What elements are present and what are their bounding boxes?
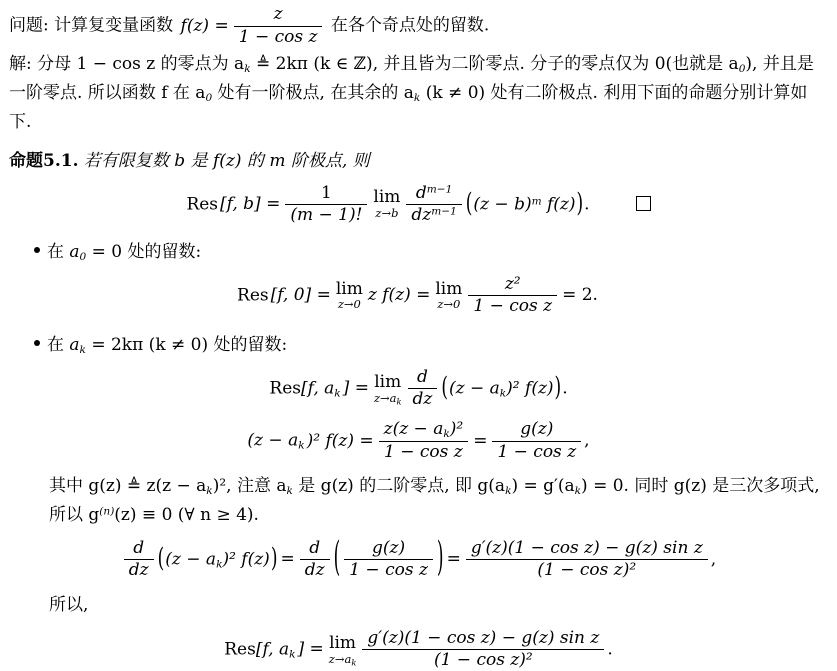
fraction-numerator: 1 xyxy=(285,184,367,205)
formula-argument: )² f(z) xyxy=(222,549,269,569)
paragraph-text: 是 g(z) 的二阶零点, 即 g(a xyxy=(293,476,505,496)
fraction: g(z)1 − cos z xyxy=(344,539,433,581)
big-left-paren: ( xyxy=(334,535,341,585)
problem-fraction: z1 − cos z xyxy=(234,5,323,47)
fraction-denominator: (m − 1)! xyxy=(285,204,367,226)
formula-mid: z f(z) = xyxy=(368,285,431,305)
fraction-denominator: 1 − cos z xyxy=(234,26,323,48)
formula-argument: (z − a xyxy=(165,549,216,569)
equals-sign: = xyxy=(447,549,461,569)
equals-sign: = xyxy=(280,549,294,569)
fraction-numerator: dm−1 xyxy=(406,184,461,205)
superscript: m−1 xyxy=(427,183,453,195)
solution-text: 处有一阶极点, 在其余的 a xyxy=(212,83,414,103)
period: . xyxy=(562,378,567,398)
limit-operator: limz→ak xyxy=(374,374,402,404)
formula-lhs: [f, a xyxy=(256,639,289,659)
superscript: (n) xyxy=(99,506,114,518)
g-function-formula: (z − ak)² f(z) =z(z − ak)²1 − cos z=g(z)… xyxy=(9,420,828,462)
fraction-denominator: dz xyxy=(300,559,330,581)
residue-a0-formula: Res[f, 0] =limz→0z f(z) =limz→0z²1 − cos… xyxy=(9,275,828,317)
period: . xyxy=(584,194,589,214)
item-label-var: a xyxy=(69,242,79,262)
fraction-numerator: d xyxy=(300,539,330,560)
proposition-formula: Res[f, b] =1(m − 1)!limz→bdm−1dzm−1((z −… xyxy=(9,184,828,226)
period: . xyxy=(607,639,612,659)
limit-operator: limz→ak xyxy=(329,635,357,665)
formula-lhs: (z − a xyxy=(247,431,298,451)
subscript: k xyxy=(334,388,340,400)
fraction-numerator: g′(z)(1 − cos z) − g(z) sin z xyxy=(466,539,708,560)
big-right-paren: ) xyxy=(577,188,584,221)
therefore-text: 所以, xyxy=(49,591,828,620)
subscript: k xyxy=(351,657,356,667)
lim-word: lim xyxy=(329,635,357,653)
list-item-residue-a0: 在 a0 = 0 处的留数: xyxy=(9,238,828,266)
fraction-numerator: g′(z)(1 − cos z) − g(z) sin z xyxy=(362,629,604,650)
limit-operator: limz→b xyxy=(373,189,400,219)
paragraph-text: (z) ≡ 0 (∀ n ≥ 4). xyxy=(114,505,259,525)
lim-subscript: z→0 xyxy=(435,298,462,311)
formula-argument-tail: f(z) xyxy=(547,194,576,214)
fraction-numerator: d xyxy=(124,539,154,560)
item-label: = 0 处的留数: xyxy=(92,242,202,262)
item-label: = 2kπ (k ≠ 0) 处的留数: xyxy=(91,335,287,355)
subscript: k xyxy=(298,440,304,452)
big-left-paren: ( xyxy=(158,543,165,576)
fraction-numerator: d xyxy=(408,368,438,389)
fraction: g′(z)(1 − cos z) − g(z) sin z(1 − cos z)… xyxy=(466,539,708,581)
fraction: z(z − ak)²1 − cos z xyxy=(379,420,469,462)
formula-argument: (z − b) xyxy=(473,194,531,214)
item-label: 在 xyxy=(47,242,64,262)
lim-subscript: z→ak xyxy=(329,653,357,666)
lim-word: lim xyxy=(435,281,462,299)
formula-lhs: ] = xyxy=(343,378,369,398)
formula-lhs: ] = xyxy=(298,639,324,659)
paragraph-text: )², 注意 a xyxy=(213,476,287,496)
formula-lhs: [f, a xyxy=(301,378,334,398)
lim-word: lim xyxy=(374,374,402,392)
fraction: z²1 − cos z xyxy=(468,275,557,317)
equals-sign: = xyxy=(473,431,487,451)
formula-argument: )² f(z) xyxy=(506,378,553,398)
comma: , xyxy=(584,431,589,451)
qed-tombstone-icon xyxy=(636,196,651,211)
formula-lhs: [f, b] = xyxy=(220,194,280,214)
derivative-fraction: ddz xyxy=(124,539,154,581)
formula-argument: (z − a xyxy=(449,378,500,398)
problem-fz: f(z) = xyxy=(181,16,229,36)
solution-text: ≜ 2kπ (k ∈ ℤ), 并且皆为二阶零点. 分子的零点仅为 0(也就是 a xyxy=(251,54,739,74)
problem-outro: 在各个奇点处的留数. xyxy=(331,16,489,36)
solution-text: 解: 分母 1 − cos z 的零点为 a xyxy=(9,54,244,74)
derivative-fraction: ddz xyxy=(408,368,438,410)
fraction-denominator: 1 − cos z xyxy=(468,295,557,317)
lim-word: lim xyxy=(373,189,400,207)
proposition-header: 命题5.1. 若有限复数 b 是 f(z) 的 m 阶极点, 则 xyxy=(9,147,828,176)
fraction-denominator: (1 − cos z)² xyxy=(466,559,708,581)
limit-operator: limz→0 xyxy=(336,281,363,311)
res-operator: Res xyxy=(224,639,256,659)
derivative-fraction: ddz xyxy=(300,539,330,581)
superscript: m xyxy=(532,195,542,207)
fraction-numerator: z(z − ak)² xyxy=(379,420,469,441)
res-operator: Res xyxy=(237,285,269,305)
fraction-denominator: 1 − cos z xyxy=(379,441,469,463)
problem-intro: 问题: 计算复变量函数 xyxy=(9,16,173,36)
subscript: k xyxy=(80,344,86,356)
fraction-denominator: 1 − cos z xyxy=(492,441,581,463)
residue-ak-derivative-formula: Res[f, ak] =limz→akddz((z − ak)² f(z)). xyxy=(9,368,828,410)
bullet-icon xyxy=(34,340,40,346)
fraction: g′(z)(1 − cos z) − g(z) sin z(1 − cos z)… xyxy=(362,629,604,671)
residue-ak-final-formula: Res[f, ak] =limz→akg′(z)(1 − cos z) − g(… xyxy=(9,629,828,671)
item-label: 在 xyxy=(47,335,64,355)
g-analysis-paragraph: 其中 g(z) ≜ z(z − ak)², 注意 ak 是 g(z) 的二阶零点… xyxy=(49,472,828,530)
limit-operator: limz→0 xyxy=(435,281,462,311)
res-operator: Res xyxy=(269,378,301,398)
subscript: k xyxy=(289,649,295,661)
big-right-paren: ) xyxy=(555,373,562,406)
item-label-var: a xyxy=(69,335,79,355)
fraction-numerator: g(z) xyxy=(344,539,433,560)
bullet-icon xyxy=(34,247,40,253)
formula-lhs: )² f(z) = xyxy=(307,431,374,451)
lim-word: lim xyxy=(336,281,363,299)
fraction-denominator: dz xyxy=(124,559,154,581)
fraction-denominator: dz xyxy=(408,388,438,410)
big-right-paren: ) xyxy=(437,535,444,585)
lim-subscript: z→ak xyxy=(374,392,402,405)
fraction-numerator: z xyxy=(234,5,323,26)
derivative-expansion-formula: ddz((z − ak)² f(z))=ddz(g(z)1 − cos z)=g… xyxy=(9,539,828,581)
math-document: 问题: 计算复变量函数 f(z) =z1 − cos z 在各个奇点处的留数. … xyxy=(0,0,837,671)
list-item-residue-ak: 在 ak = 2kπ (k ≠ 0) 处的留数: xyxy=(9,331,828,359)
lim-subscript: z→b xyxy=(373,207,400,220)
paragraph-text: 其中 g(z) ≜ z(z − a xyxy=(49,476,206,496)
fraction-denominator: (1 − cos z)² xyxy=(362,649,604,671)
formula-lhs: [f, 0] = xyxy=(271,285,331,305)
solution-paragraph: 解: 分母 1 − cos z 的零点为 ak ≜ 2kπ (k ∈ ℤ), 并… xyxy=(9,50,828,137)
fraction-numerator: z² xyxy=(468,275,557,296)
superscript: m−1 xyxy=(431,206,457,218)
subscript: k xyxy=(397,396,402,406)
fraction-denominator: dzm−1 xyxy=(406,204,461,226)
derivative-fraction: dm−1dzm−1 xyxy=(406,184,461,226)
formula-result: = 2. xyxy=(562,285,598,305)
proposition-statement: 若有限复数 b 是 f(z) 的 m 阶极点, 则 xyxy=(84,151,370,171)
coefficient-fraction: 1(m − 1)! xyxy=(285,184,367,226)
proposition-label: 命题5.1. xyxy=(9,151,79,171)
big-left-paren: ( xyxy=(441,373,448,406)
big-right-paren: ) xyxy=(271,543,278,576)
lim-subscript: z→0 xyxy=(336,298,363,311)
comma: , xyxy=(711,549,716,569)
big-left-paren: ( xyxy=(466,188,473,221)
subscript: 0 xyxy=(80,251,87,263)
fraction: g(z)1 − cos z xyxy=(492,420,581,462)
fraction-numerator: g(z) xyxy=(492,420,581,441)
fraction-denominator: 1 − cos z xyxy=(344,559,433,581)
paragraph-text: ) = g′(a xyxy=(511,476,574,496)
problem-statement: 问题: 计算复变量函数 f(z) =z1 − cos z 在各个奇点处的留数. xyxy=(9,5,828,47)
res-operator: Res xyxy=(186,194,218,214)
